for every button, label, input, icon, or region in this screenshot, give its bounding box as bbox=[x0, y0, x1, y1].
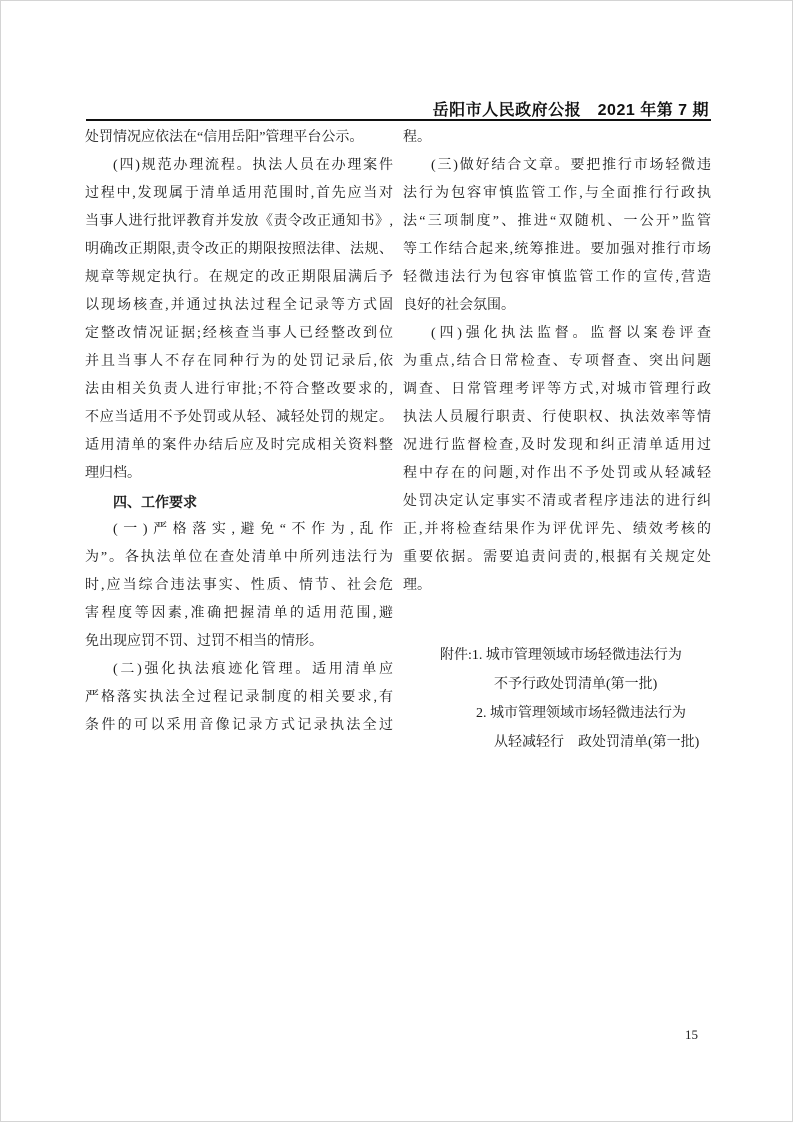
body-line: 等工作结合起来,统筹推进。要加强对推行市场 bbox=[403, 236, 711, 264]
body-line: 免出现应罚不罚、过罚不相当的情形。 bbox=[85, 628, 393, 656]
body-line: 程。 bbox=[403, 124, 711, 152]
body-line: 时,应当综合违法事实、性质、情节、社会危 bbox=[85, 572, 393, 600]
body-line: 以现场核查,并通过执法过程全记录等方式固 bbox=[85, 292, 393, 320]
body-line: 处罚情况应依法在“信用岳阳”管理平台公示。 bbox=[85, 124, 393, 152]
body-line: 处罚决定认定事实不清或者程序违法的进行纠 bbox=[403, 488, 711, 516]
body-line: 害程度等因素,准确把握清单的适用范围,避 bbox=[85, 600, 393, 628]
body-line: 过程中,发现属于清单适用范围时,首先应当对 bbox=[85, 180, 393, 208]
body-line: 不应当适用不予处罚或从轻、减轻处罚的规定。 bbox=[85, 404, 393, 432]
body-line: 适用清单的案件办结后应及时完成相关资料整 bbox=[85, 432, 393, 460]
two-column-body: 处罚情况应依法在“信用岳阳”管理平台公示。 (四)规范办理流程。执法人员在办理案… bbox=[85, 124, 711, 757]
body-line: 重要依据。需要追责问责的,根据有关规定处 bbox=[403, 544, 711, 572]
attachment-line: 附件:1. 城市管理领域市场轻微违法行为 bbox=[403, 641, 711, 670]
body-line: (四)规范办理流程。执法人员在办理案件 bbox=[85, 152, 393, 180]
body-line: 正,并将检查结果作为评优评先、绩效考核的 bbox=[403, 516, 711, 544]
body-line: 规章等规定执行。在规定的改正期限届满后予 bbox=[85, 264, 393, 292]
body-line: (三)做好结合文章。要把推行市场轻微违 bbox=[403, 152, 711, 180]
section-heading: 四、工作要求 bbox=[85, 488, 393, 516]
body-line: 定整改情况证据;经核查当事人已经整改到位 bbox=[85, 320, 393, 348]
body-line: 明确改正期限,责令改正的期限按照法律、法规、 bbox=[85, 236, 393, 264]
body-line: (四)强化执法监督。监督以案卷评查 bbox=[403, 320, 711, 348]
attachment-block: 附件:1. 城市管理领域市场轻微违法行为 不予行政处罚清单(第一批) 2. 城市… bbox=[403, 641, 711, 757]
gazette-header-title: 岳阳市人民政府公报 2021 年第 7 期 bbox=[85, 97, 709, 120]
body-line: (二)强化执法痕迹化管理。适用清单应 bbox=[85, 656, 393, 684]
body-line: 为重点,结合日常检查、专项督查、突出问题 bbox=[403, 348, 711, 376]
body-line: 法行为包容审慎监管工作,与全面推行行政执 bbox=[403, 180, 711, 208]
body-line: 理。 bbox=[403, 572, 711, 600]
body-line: 法由相关负责人进行审批;不符合整改要求的, bbox=[85, 376, 393, 404]
body-line: 况进行监督检查,及时发现和纠正清单适用过 bbox=[403, 432, 711, 460]
left-column: 处罚情况应依法在“信用岳阳”管理平台公示。 (四)规范办理流程。执法人员在办理案… bbox=[85, 124, 393, 757]
body-line: 并且当事人不存在同种行为的处罚记录后,依 bbox=[85, 348, 393, 376]
attachment-line: 从轻减轻行 政处罚清单(第一批) bbox=[403, 728, 711, 757]
header-rule bbox=[86, 119, 711, 121]
body-line: 执法人员履行职责、行使职权、执法效率等情 bbox=[403, 404, 711, 432]
body-line: 法“三项制度”、推进“双随机、一公开”监管 bbox=[403, 208, 711, 236]
gazette-page: 岳阳市人民政府公报 2021 年第 7 期 处罚情况应依法在“信用岳阳”管理平台… bbox=[0, 0, 793, 1122]
body-line: 程中存在的问题,对作出不予处罚或从轻减轻 bbox=[403, 460, 711, 488]
attachment-line: 不予行政处罚清单(第一批) bbox=[403, 670, 711, 699]
right-column: 程。 (三)做好结合文章。要把推行市场轻微违 法行为包容审慎监管工作,与全面推行… bbox=[403, 124, 711, 757]
body-line: 严格落实执法全过程记录制度的相关要求,有 bbox=[85, 684, 393, 712]
body-line: 条件的可以采用音像记录方式记录执法全过 bbox=[85, 712, 393, 740]
body-line: 理归档。 bbox=[85, 460, 393, 488]
body-line: 为”。各执法单位在查处清单中所列违法行为 bbox=[85, 544, 393, 572]
body-line: 良好的社会氛围。 bbox=[403, 292, 711, 320]
body-line: (一)严格落实,避免“不作为,乱作 bbox=[85, 516, 393, 544]
body-line: 调查、日常管理考评等方式,对城市管理行政 bbox=[403, 376, 711, 404]
attachment-line: 2. 城市管理领域市场轻微违法行为 bbox=[403, 699, 711, 728]
page-number: 15 bbox=[685, 1027, 698, 1043]
body-line: 轻微违法行为包容审慎监管工作的宣传,营造 bbox=[403, 264, 711, 292]
body-line: 当事人进行批评教育并发放《责令改正通知书》, bbox=[85, 208, 393, 236]
